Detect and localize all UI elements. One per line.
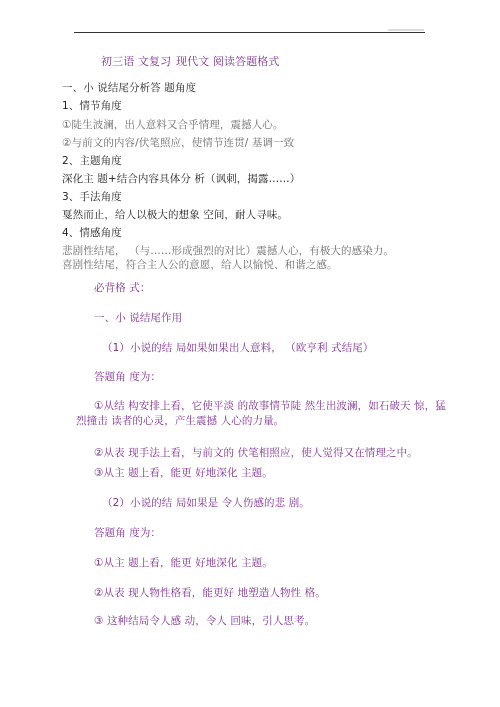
plot-line-1: ①陡生波澜，出人意料又合乎情理，震撼人心。 [62,118,284,132]
case-1-angle-label: 答题角 度为： [94,370,161,384]
memorize-subheading: 一、小 说结尾作用 [94,311,182,325]
emotion-line-1: 悲剧性结尾， （与……形成强烈的对比）震撼人心，有极大的感染力。 [62,244,394,258]
case-2-angle-label: 答题角 度为： [94,526,161,540]
header-tab-mark [388,29,424,31]
memorize-heading: 必背格 式： [94,281,150,295]
header-title-left: 初三语 文复习 [101,55,171,69]
case-1-point-2: ②从表 现手法上看，与前文的 伏笔相照应，使人觉得又在情理之中。 [94,446,418,460]
emotion-line-2: 喜剧性结尾，符合主人公的意愿，给人以愉悦、和谐之感。 [62,258,338,272]
analysis-heading: 一、小 说结尾分析答 题角度 [62,81,196,95]
plot-line-2: ②与前文的内容/伏笔照应，使情节连贯/ 基调一致 [62,136,294,150]
case-2-title: （2）小说的结 局如果是 令人伤感的悲 剧。 [102,496,310,510]
section-title-theme: 2、主题角度 [62,154,122,168]
section-title-emotion: 4、情感角度 [62,226,122,240]
case-2-point-3: ③ 这种结局令人感 动，令人 回味，引人思考。 [94,614,315,628]
case-1-title: （1）小说的结 局如果如果出人意料， （欧亨利 式结尾） [102,341,374,355]
case-1-point-1a: ①从结 构安排上看，它使平淡 的故事情节陡 然生出波澜，如石破天 惊，猛 [94,399,446,413]
section-title-plot: 1、情节角度 [62,99,122,113]
header-rule [74,32,425,33]
case-1-point-3: ③从主 题上看，能更 好地深化 主题。 [94,466,273,480]
case-1-point-1b: 烈撞击 读者的心灵，产生震撼 人心的力量。 [76,414,284,428]
technique-line-1: 戛然而止，给人以极大的想象 空间，耐人寻味。 [62,208,288,222]
header-title-right: 现代文 阅读答题格式 [176,55,280,69]
section-title-technique: 3、手法角度 [62,190,122,204]
case-2-point-2: ②从表 现人物性格看，能更好 地塑造人物性 格。 [94,586,326,600]
theme-line-1: 深化主 题+结合内容具体分 析（讽刺，揭露……） [62,172,300,186]
case-2-point-1: ①从主 题上看，能更 好地深化 主题。 [94,556,273,570]
